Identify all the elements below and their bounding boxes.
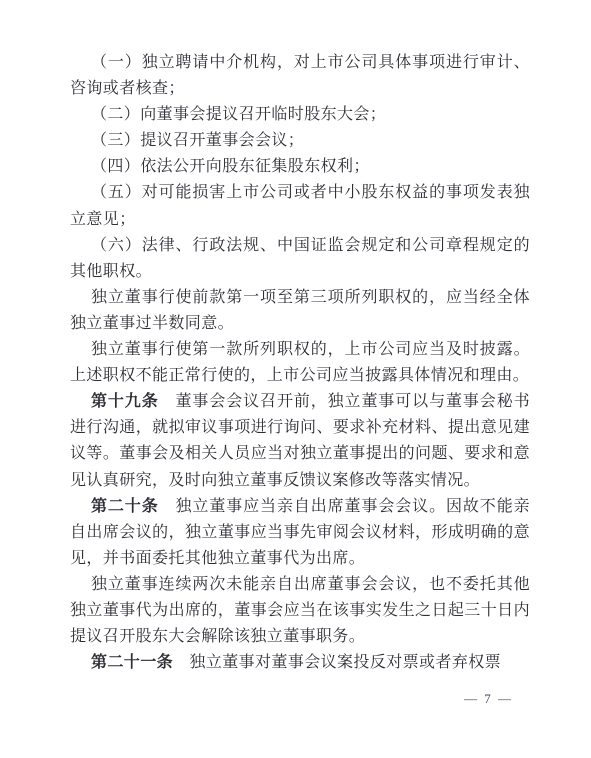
document-text-body: （一）独立聘请中介机构，对上市公司具体事项进行审计、咨询或者核查； （二）向董事… — [70, 50, 530, 676]
article-number-label: 第二十一条 — [91, 654, 173, 671]
article-number-label: 第二十条 — [91, 498, 159, 515]
paragraph-text: （四）依法公开向股东征集股东权利； — [91, 158, 370, 175]
document-page: （一）独立聘请中介机构，对上市公司具体事项进行审计、咨询或者核查； （二）向董事… — [0, 0, 591, 758]
paragraph: 独立董事行使前款第一项至第三项所列职权的，应当经全体独立董事过半数同意。 — [70, 285, 530, 337]
paragraph: （一）独立聘请中介机构，对上市公司具体事项进行审计、咨询或者核查； — [70, 50, 530, 102]
paragraph-text: （一）独立聘请中介机构，对上市公司具体事项进行审计、咨询或者核查； — [70, 54, 530, 97]
paragraph: （六）法律、行政法规、中国证监会规定和公司章程规定的其他职权。 — [70, 233, 530, 285]
paragraph-article-21: 第二十一条 独立董事对董事会议案投反对票或者弃权票 — [70, 650, 530, 676]
paragraph: 独立董事连续两次未能亲自出席董事会会议，也不委托其他独立董事代为出席的，董事会应… — [70, 572, 530, 650]
paragraph-article-19: 第十九条 董事会会议召开前，独立董事可以与董事会秘书进行沟通，就拟审议事项进行询… — [70, 389, 530, 493]
paragraph-text: （三）提议召开董事会会议； — [91, 132, 304, 149]
paragraph: （二）向董事会提议召开临时股东大会； — [70, 102, 530, 128]
paragraph-text: 独立董事行使第一款所列职权的，上市公司应当及时披露。上述职权不能正常行使的，上市… — [70, 341, 530, 384]
paragraph: （三）提议召开董事会会议； — [70, 128, 530, 154]
paragraph: （五）对可能损害上市公司或者中小股东权益的事项发表独立意见； — [70, 180, 530, 232]
paragraph-text: （六）法律、行政法规、中国证监会规定和公司章程规定的其他职权。 — [70, 237, 530, 280]
paragraph: 独立董事行使第一款所列职权的，上市公司应当及时披露。上述职权不能正常行使的，上市… — [70, 337, 530, 389]
paragraph-text: （五）对可能损害上市公司或者中小股东权益的事项发表独立意见； — [70, 184, 530, 227]
page-number: — 7 — — [464, 691, 513, 707]
paragraph-article-20: 第二十条 独立董事应当亲自出席董事会会议。因故不能亲自出席会议的，独立董事应当事… — [70, 494, 530, 572]
article-number-label: 第十九条 — [91, 393, 159, 410]
paragraph-text: 独立董事对董事会议案投反对票或者弃权票 — [173, 654, 501, 671]
paragraph-text: （二）向董事会提议召开临时股东大会； — [91, 106, 386, 123]
paragraph: （四）依法公开向股东征集股东权利； — [70, 154, 530, 180]
paragraph-text: 独立董事行使前款第一项至第三项所列职权的，应当经全体独立董事过半数同意。 — [70, 289, 530, 332]
paragraph-text: 独立董事连续两次未能亲自出席董事会会议，也不委托其他独立董事代为出席的，董事会应… — [70, 576, 530, 645]
